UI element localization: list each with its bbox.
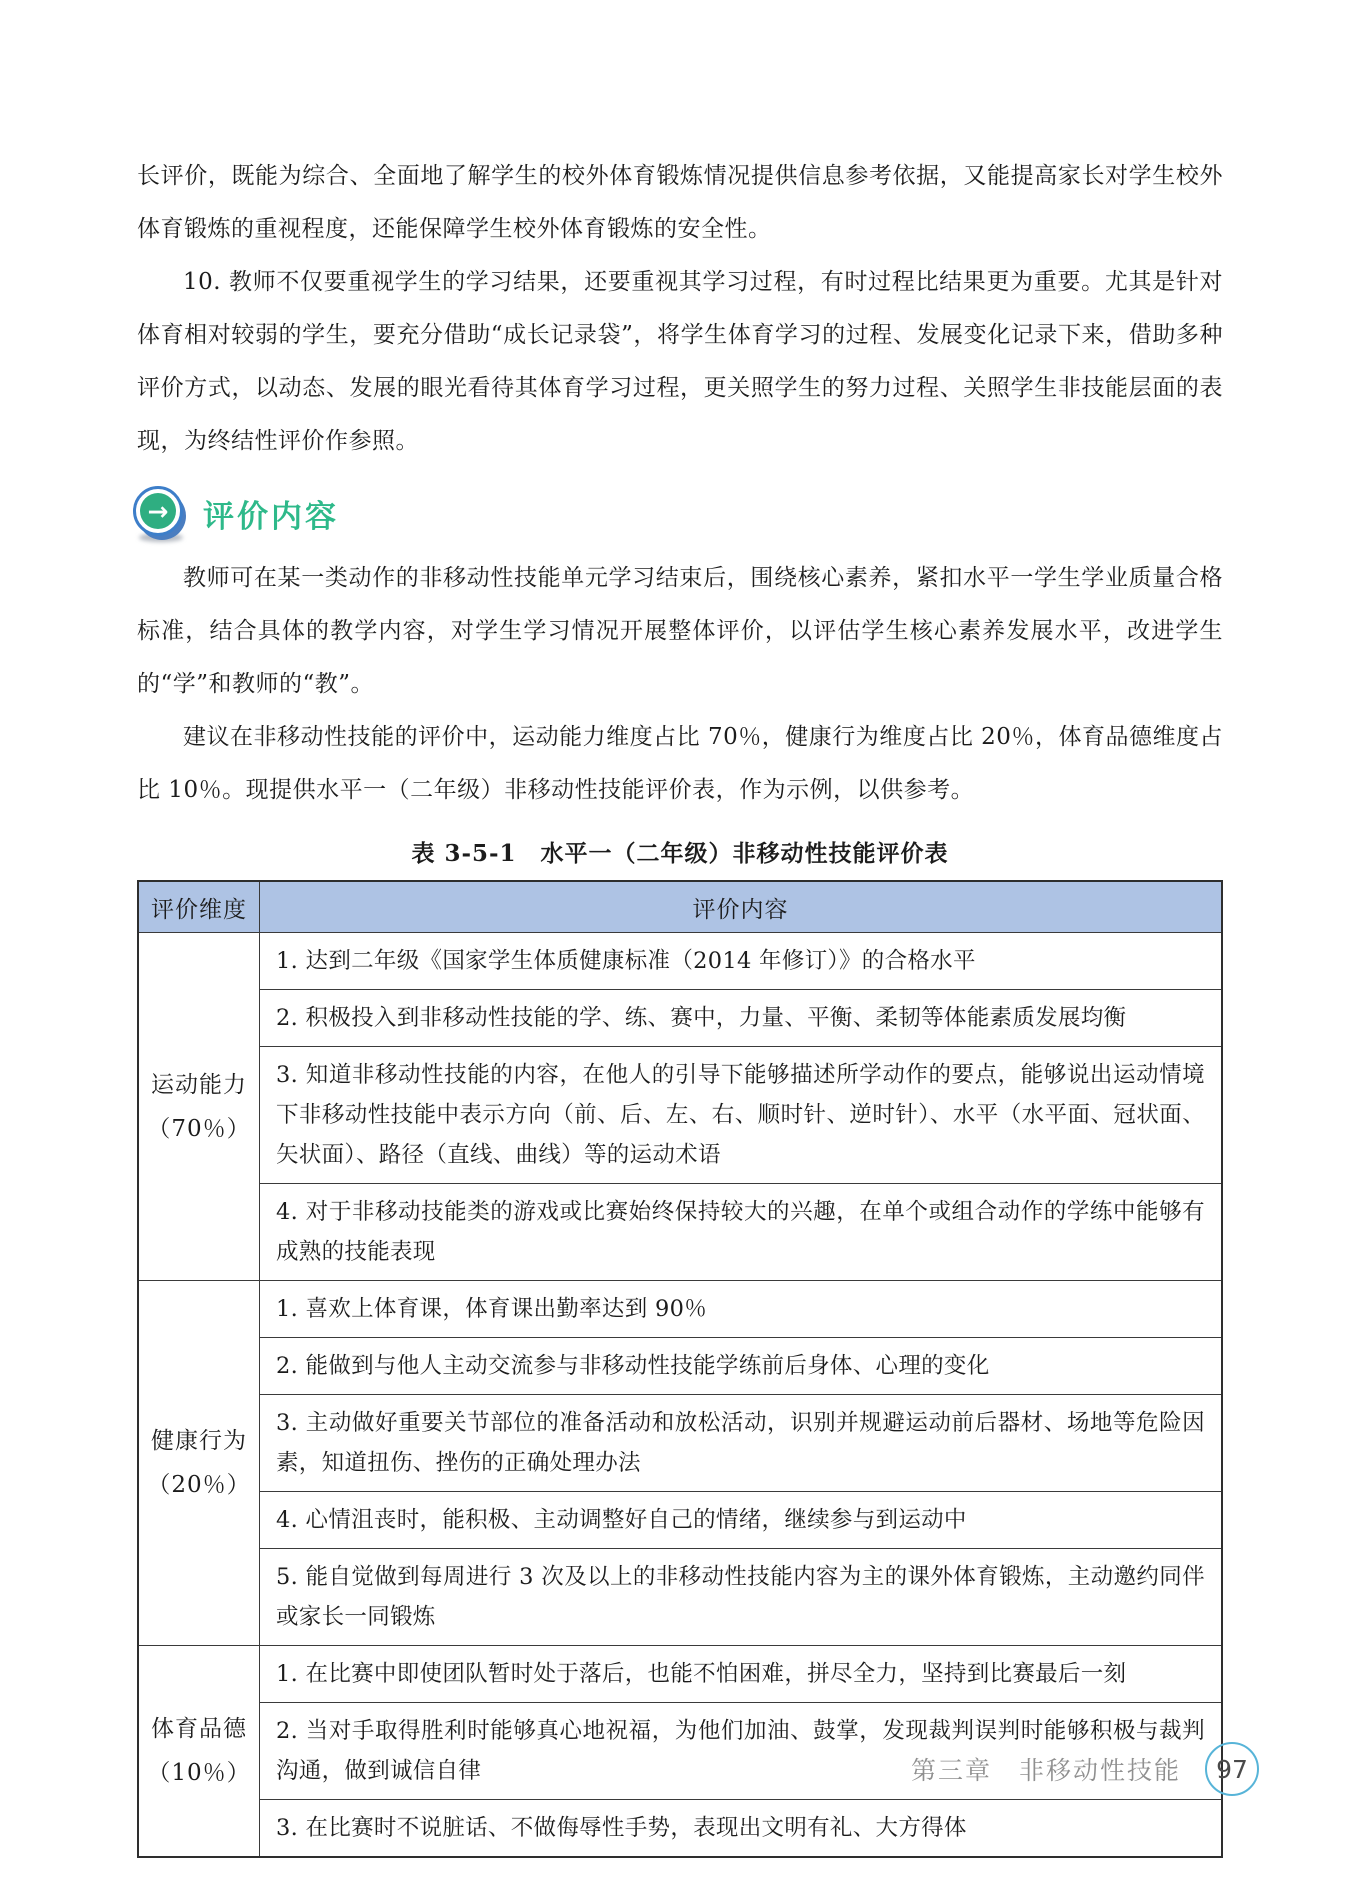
paragraph-teacher-eval: 教师可在某一类动作的非移动性技能单元学习结束后，围绕核心素养，紧扣水平一学生学业… — [137, 552, 1223, 711]
table-row: 运动能力 （70％） 1. 达到二年级《国家学生体质健康标准（2014 年修订）… — [138, 933, 1222, 990]
criteria-cell: 3. 主动做好重要关节部位的准备活动和放松活动，识别并规避运动前后器材、场地等危… — [260, 1395, 1223, 1492]
dimension-weight: （10％） — [140, 1751, 258, 1795]
table-row: 2. 能做到与他人主动交流参与非移动性技能学练前后身体、心理的变化 — [138, 1338, 1222, 1395]
dimension-cell-motor: 运动能力 （70％） — [138, 933, 260, 1281]
paragraph-continuation: 长评价，既能为综合、全面地了解学生的校外体育锻炼情况提供信息参考依据，又能提高家… — [137, 150, 1223, 256]
criteria-cell: 1. 达到二年级《国家学生体质健康标准（2014 年修订）》的合格水平 — [260, 933, 1223, 990]
paragraph-weights: 建议在非移动性技能的评价中，运动能力维度占比 70％，健康行为维度占比 20％，… — [137, 711, 1223, 817]
icon-ring: → — [133, 486, 183, 536]
criteria-cell: 3. 知道非移动性技能的内容，在他人的引导下能够描述所学动作的要点，能够说出运动… — [260, 1047, 1223, 1184]
dimension-weight: （20％） — [140, 1463, 258, 1507]
table-row: 3. 知道非移动性技能的内容，在他人的引导下能够描述所学动作的要点，能够说出运动… — [138, 1047, 1222, 1184]
page-number-badge: 97 — [1205, 1742, 1259, 1796]
criteria-cell: 1. 在比赛中即使团队暂时处于落后，也能不怕困难，拼尽全力，坚持到比赛最后一刻 — [260, 1646, 1223, 1703]
table-row: 5. 能自觉做到每周进行 3 次及以上的非移动性技能内容为主的课外体育锻炼，主动… — [138, 1549, 1222, 1646]
column-header-dimension: 评价维度 — [138, 881, 260, 933]
dimension-name: 运动能力 — [140, 1063, 258, 1107]
page-number: 97 — [1216, 1755, 1248, 1784]
table-row: 2. 积极投入到非移动性技能的学、练、赛中，力量、平衡、柔韧等体能素质发展均衡 — [138, 990, 1222, 1047]
criteria-cell: 2. 能做到与他人主动交流参与非移动性技能学练前后身体、心理的变化 — [260, 1338, 1223, 1395]
criteria-cell: 1. 喜欢上体育课，体育课出勤率达到 90％ — [260, 1281, 1223, 1338]
section-heading-title: 评价内容 — [203, 491, 339, 536]
arrow-right-badge-icon: → — [131, 484, 189, 542]
paragraph-item-10: 10. 教师不仅要重视学生的学习结果，还要重视其学习过程，有时过程比结果更为重要… — [137, 256, 1223, 468]
evaluation-table: 评价维度 评价内容 运动能力 （70％） 1. 达到二年级《国家学生体质健康标准… — [137, 880, 1223, 1858]
section-heading-block: → 评价内容 — [131, 482, 1223, 544]
page-content: 长评价，既能为综合、全面地了解学生的校外体育锻炼情况提供信息参考依据，又能提高家… — [137, 150, 1223, 1858]
criteria-cell: 4. 对于非移动技能类的游戏或比赛始终保持较大的兴趣，在单个或组合动作的学练中能… — [260, 1184, 1223, 1281]
table-header-row: 评价维度 评价内容 — [138, 881, 1222, 933]
dimension-cell-health: 健康行为 （20％） — [138, 1281, 260, 1646]
table-row: 3. 主动做好重要关节部位的准备活动和放松活动，识别并规避运动前后器材、场地等危… — [138, 1395, 1222, 1492]
column-header-content: 评价内容 — [260, 881, 1223, 933]
criteria-cell: 5. 能自觉做到每周进行 3 次及以上的非移动性技能内容为主的课外体育锻炼，主动… — [260, 1549, 1223, 1646]
dimension-weight: （70％） — [140, 1107, 258, 1151]
dimension-name: 体育品德 — [140, 1707, 258, 1751]
criteria-cell: 2. 积极投入到非移动性技能的学、练、赛中，力量、平衡、柔韧等体能素质发展均衡 — [260, 990, 1223, 1047]
dimension-cell-morality: 体育品德 （10％） — [138, 1646, 260, 1858]
table-row: 4. 心情沮丧时，能积极、主动调整好自己的情绪，继续参与到运动中 — [138, 1492, 1222, 1549]
criteria-cell: 3. 在比赛时不说脏话、不做侮辱性手势，表现出文明有礼、大方得体 — [260, 1800, 1223, 1858]
table-caption: 表 3-5-1 水平一（二年级）非移动性技能评价表 — [137, 835, 1223, 868]
table-row: 4. 对于非移动技能类的游戏或比赛始终保持较大的兴趣，在单个或组合动作的学练中能… — [138, 1184, 1222, 1281]
chapter-label: 第三章 非移动性技能 — [911, 1751, 1181, 1787]
criteria-cell: 4. 心情沮丧时，能积极、主动调整好自己的情绪，继续参与到运动中 — [260, 1492, 1223, 1549]
dimension-name: 健康行为 — [140, 1419, 258, 1463]
arrow-right-icon: → — [140, 493, 176, 529]
table-row: 健康行为 （20％） 1. 喜欢上体育课，体育课出勤率达到 90％ — [138, 1281, 1222, 1338]
page-footer: 第三章 非移动性技能 97 — [911, 1742, 1259, 1796]
table-row: 3. 在比赛时不说脏话、不做侮辱性手势，表现出文明有礼、大方得体 — [138, 1800, 1222, 1858]
table-row: 体育品德 （10％） 1. 在比赛中即使团队暂时处于落后，也能不怕困难，拼尽全力… — [138, 1646, 1222, 1703]
